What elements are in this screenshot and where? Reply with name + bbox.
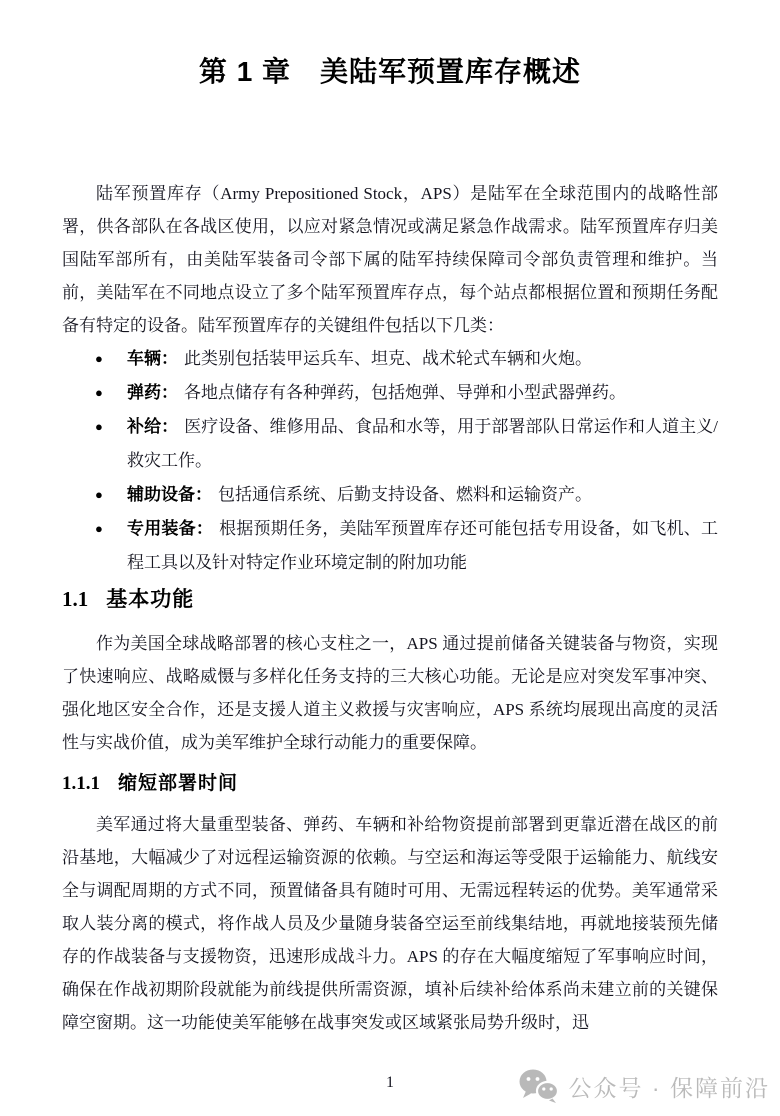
section-1-1-paragraph: 作为美国全球战略部署的核心支柱之一，APS 通过提前储备关键装备与物资，实现了快…: [62, 627, 718, 759]
list-item: ●弹药：各地点储存有各种弹药，包括炮弹、导弹和小型武器弹药。: [62, 376, 718, 410]
bullet-text: 根据预期任务，美陆军预置库存还可能包括专用设备，如飞机、工程工具以及针对特定作业…: [127, 519, 718, 572]
section-heading-1-1-1: 1.1.1缩短部署时间: [62, 771, 718, 796]
watermark: 公众号 · 保障前沿: [518, 1068, 770, 1104]
bullet-text: 此类别包括装甲运兵车、坦克、战术轮式车辆和火炮。: [184, 349, 592, 368]
bullet-label: 辅助设备：: [127, 485, 212, 504]
wechat-icon: [518, 1068, 560, 1104]
bullet-text: 各地点储存有各种弹药，包括炮弹、导弹和小型武器弹药。: [184, 383, 626, 402]
section-title: 缩短部署时间: [118, 773, 238, 794]
list-item: ●辅助设备：包括通信系统、后勤支持设备、燃料和运输资产。: [62, 478, 718, 512]
document-content: 第 1 章 美陆军预置库存概述 陆军预置库存（Army Prepositione…: [0, 0, 780, 1039]
bullet-text: 包括通信系统、后勤支持设备、燃料和运输资产。: [218, 485, 592, 504]
bullet-label: 专用装备：: [127, 519, 213, 538]
list-item: ●补给：医疗设备、维修用品、食品和水等，用于部署部队日常运作和人道主义/救灾工作…: [62, 410, 718, 478]
bullet-label: 车辆：: [127, 349, 178, 368]
section-heading-1-1: 1.1基本功能: [62, 586, 718, 613]
bullet-icon: ●: [95, 478, 103, 512]
section-number: 1.1: [62, 587, 88, 611]
section-1-1-1-paragraph: 美军通过将大量重型装备、弹药、车辆和补给物资提前部署到更靠近潜在战区的前沿基地，…: [62, 808, 718, 1039]
section-number: 1.1.1: [62, 773, 100, 794]
chapter-title: 第 1 章 美陆军预置库存概述: [62, 0, 718, 92]
list-item: ●车辆：此类别包括装甲运兵车、坦克、战术轮式车辆和火炮。: [62, 342, 718, 376]
document-page: 第 1 章 美陆军预置库存概述 陆军预置库存（Army Prepositione…: [0, 0, 780, 1116]
section-title: 基本功能: [106, 588, 194, 611]
bullet-icon: ●: [95, 342, 103, 376]
watermark-text: 公众号 · 保障前沿: [569, 1070, 770, 1103]
bullet-icon: ●: [95, 376, 103, 410]
key-components-list: ●车辆：此类别包括装甲运兵车、坦克、战术轮式车辆和火炮。 ●弹药：各地点储存有各…: [62, 342, 718, 580]
bullet-icon: ●: [95, 410, 103, 444]
list-item: ●专用装备：根据预期任务，美陆军预置库存还可能包括专用设备，如飞机、工程工具以及…: [62, 512, 718, 580]
bullet-text: 医疗设备、维修用品、食品和水等，用于部署部队日常运作和人道主义/救灾工作。: [127, 417, 718, 470]
bullet-label: 弹药：: [127, 383, 178, 402]
bullet-icon: ●: [95, 512, 103, 546]
intro-paragraph: 陆军预置库存（Army Prepositioned Stock，APS）是陆军在…: [62, 177, 718, 342]
bullet-label: 补给：: [127, 417, 178, 436]
